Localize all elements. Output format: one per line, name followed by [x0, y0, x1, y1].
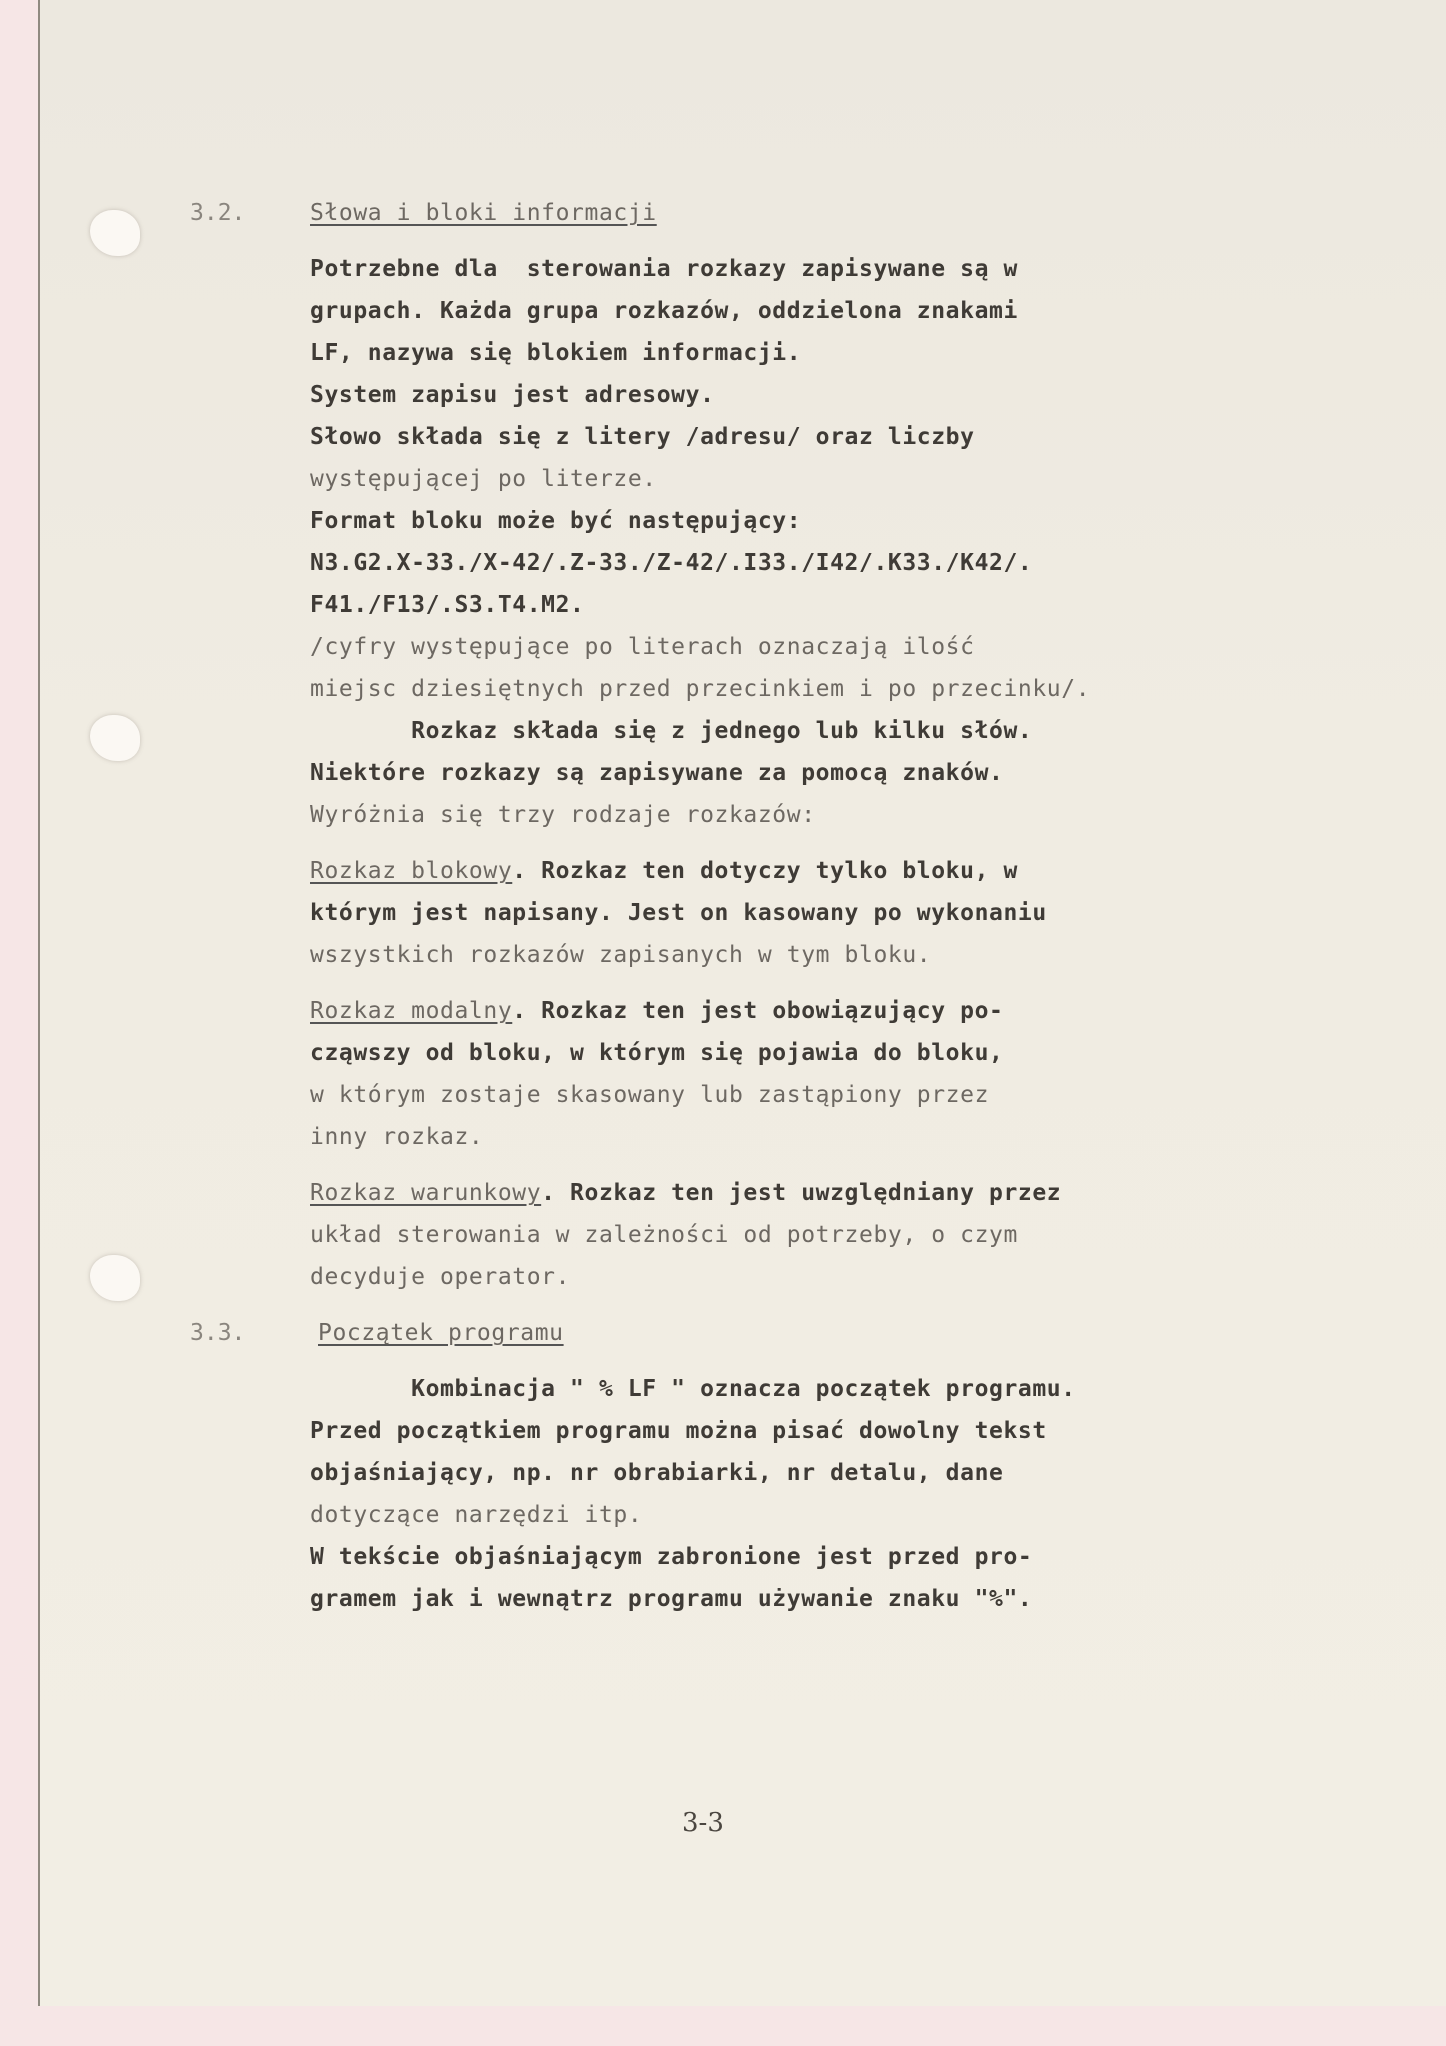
text-line: cząwszy od bloku, w którym się pojawia d…: [310, 1040, 1003, 1066]
text-line: System zapisu jest adresowy.: [310, 382, 715, 408]
text-line: występującej po literze.: [310, 466, 657, 492]
text-line: gramem jak i wewnątrz programu używanie …: [310, 1586, 1032, 1612]
text-line: wszystkich rozkazów zapisanych w tym blo…: [310, 942, 931, 968]
text-line: dotyczące narzędzi itp.: [310, 1502, 642, 1528]
text-line: LF, nazywa się blokiem informacji.: [310, 340, 801, 366]
text-line: grupach. Każda grupa rozkazów, oddzielon…: [310, 298, 1018, 324]
section-number: 3.3.: [190, 1320, 245, 1346]
text-line: Format bloku może być następujący:: [310, 508, 801, 534]
command-type-modalny: Rozkaz modalny. Rozkaz ten jest obowiązu…: [310, 998, 1003, 1024]
text-line: W tekście objaśniającym zabronione jest …: [310, 1544, 1032, 1570]
text-line: Słowo składa się z litery /adresu/ oraz …: [310, 424, 975, 450]
text-line: układ sterowania w zależności od potrzeb…: [310, 1222, 1018, 1248]
text-line: decyduje operator.: [310, 1264, 570, 1290]
term: Rozkaz warunkowy: [310, 1180, 541, 1206]
text: . Rozkaz ten dotyczy tylko bloku, w: [512, 858, 1018, 884]
text-line: Rozkaz składa się z jednego lub kilku sł…: [310, 718, 1032, 744]
term: Rozkaz modalny: [310, 998, 512, 1024]
text-line: Potrzebne dla sterowania rozkazy zapisyw…: [310, 256, 1018, 282]
text-line: inny rozkaz.: [310, 1124, 483, 1150]
punch-hole: [90, 1255, 140, 1301]
term: Rozkaz blokowy: [310, 858, 512, 884]
text-line: Wyróżnia się trzy rodzaje rozkazów:: [310, 802, 816, 828]
punch-hole: [90, 210, 140, 256]
text: . Rozkaz ten jest obowiązujący po-: [512, 998, 1003, 1024]
text-line: miejsc dziesiętnych przed przecinkiem i …: [310, 676, 1090, 702]
text-line: w którym zostaje skasowany lub zastąpion…: [310, 1082, 989, 1108]
text-line: /cyfry występujące po literach oznaczają…: [310, 634, 975, 660]
page-number: 3-3: [682, 1808, 724, 1838]
text-line: F41./F13/.S3.T4.M2.: [310, 592, 585, 618]
command-type-warunkowy: Rozkaz warunkowy. Rozkaz ten jest uwzglę…: [310, 1180, 1061, 1206]
text-line: Kombinacja " % LF " oznacza początek pro…: [310, 1376, 1076, 1402]
command-type-blokowy: Rozkaz blokowy. Rozkaz ten dotyczy tylko…: [310, 858, 1018, 884]
text-line: objaśniający, np. nr obrabiarki, nr deta…: [310, 1460, 1003, 1486]
punch-hole: [90, 715, 140, 761]
section-title: Słowa i bloki informacji: [310, 200, 657, 226]
text-line: Przed początkiem programu można pisać do…: [310, 1418, 1047, 1444]
text-line: N3.G2.X-33./X-42/.Z-33./Z-42/.I33./I42/.…: [310, 550, 1032, 576]
section-title: Początek programu: [318, 1320, 564, 1346]
text-line: którym jest napisany. Jest on kasowany p…: [310, 900, 1047, 926]
section-number: 3.2.: [190, 200, 245, 226]
text: . Rozkaz ten jest uwzględniany przez: [541, 1180, 1061, 1206]
text-line: Niektóre rozkazy są zapisywane za pomocą…: [310, 760, 1003, 786]
